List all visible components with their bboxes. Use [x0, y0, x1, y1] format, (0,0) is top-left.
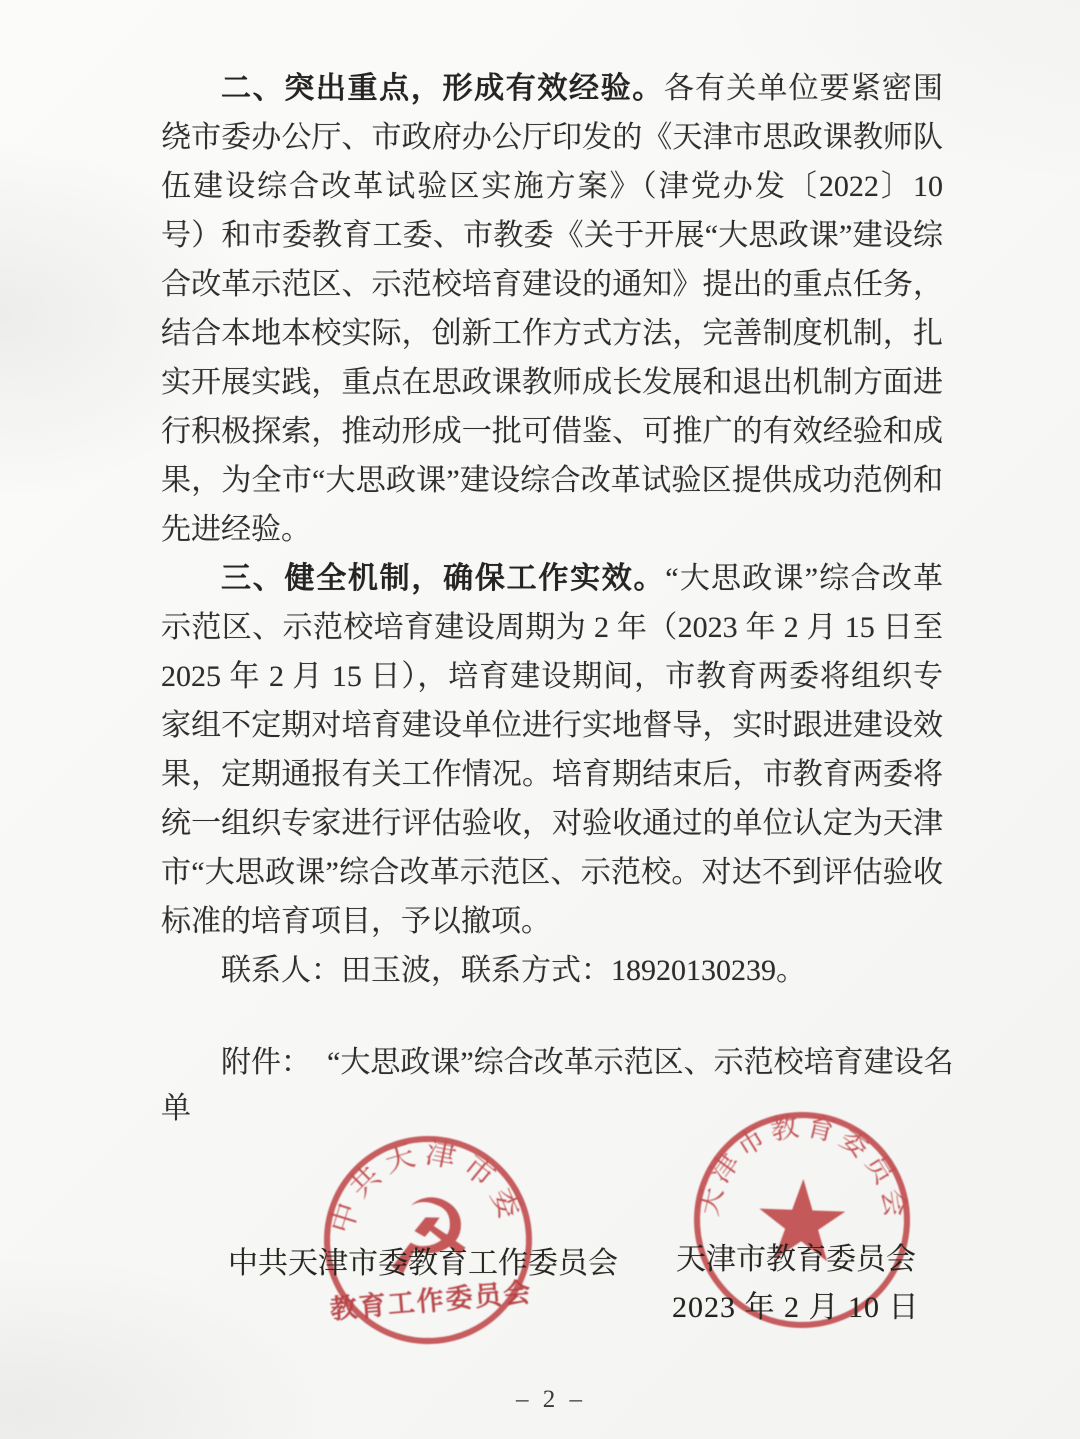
body-paragraph-3: 三、健全机制，确保工作实效。“大思政课”综合改革示范区、示范校培育建设周期为 2… [161, 554, 943, 946]
signature-date: 2023 年 2 月 10 日 [672, 1282, 920, 1326]
scanned-document-page: 二、突出重点，形成有效经验。各有关单位要紧密围绕市委办公厅、市政府办公厅印发的《… [0, 0, 1080, 1439]
document-body: 二、突出重点，形成有效经验。各有关单位要紧密围绕市委办公厅、市政府办公厅印发的《… [161, 64, 943, 995]
page-number: – 2 – [0, 1386, 1080, 1414]
signature-org-left: 中共天津市委教育工作委员会 [228, 1238, 618, 1282]
section-heading-2: 二、突出重点，形成有效经验。 [221, 72, 664, 105]
attachment-label: 附件： [221, 1046, 311, 1079]
section-body-3: “大思政课”综合改革示范区、示范校培育建设周期为 2 年（2023 年 2 月 … [161, 562, 943, 938]
section-heading-3: 三、健全机制，确保工作实效。 [221, 562, 665, 595]
signature-org-right: 天津市教育委员会 [676, 1234, 916, 1278]
section-body-2: 各有关单位要紧密围绕市委办公厅、市政府办公厅印发的《天津市思政课教师队伍建设综合… [161, 72, 943, 546]
contact-line: 联系人：田玉波，联系方式：18920130239。 [161, 946, 943, 995]
body-paragraph-2: 二、突出重点，形成有效经验。各有关单位要紧密围绕市委办公厅、市政府办公厅印发的《… [161, 64, 943, 554]
